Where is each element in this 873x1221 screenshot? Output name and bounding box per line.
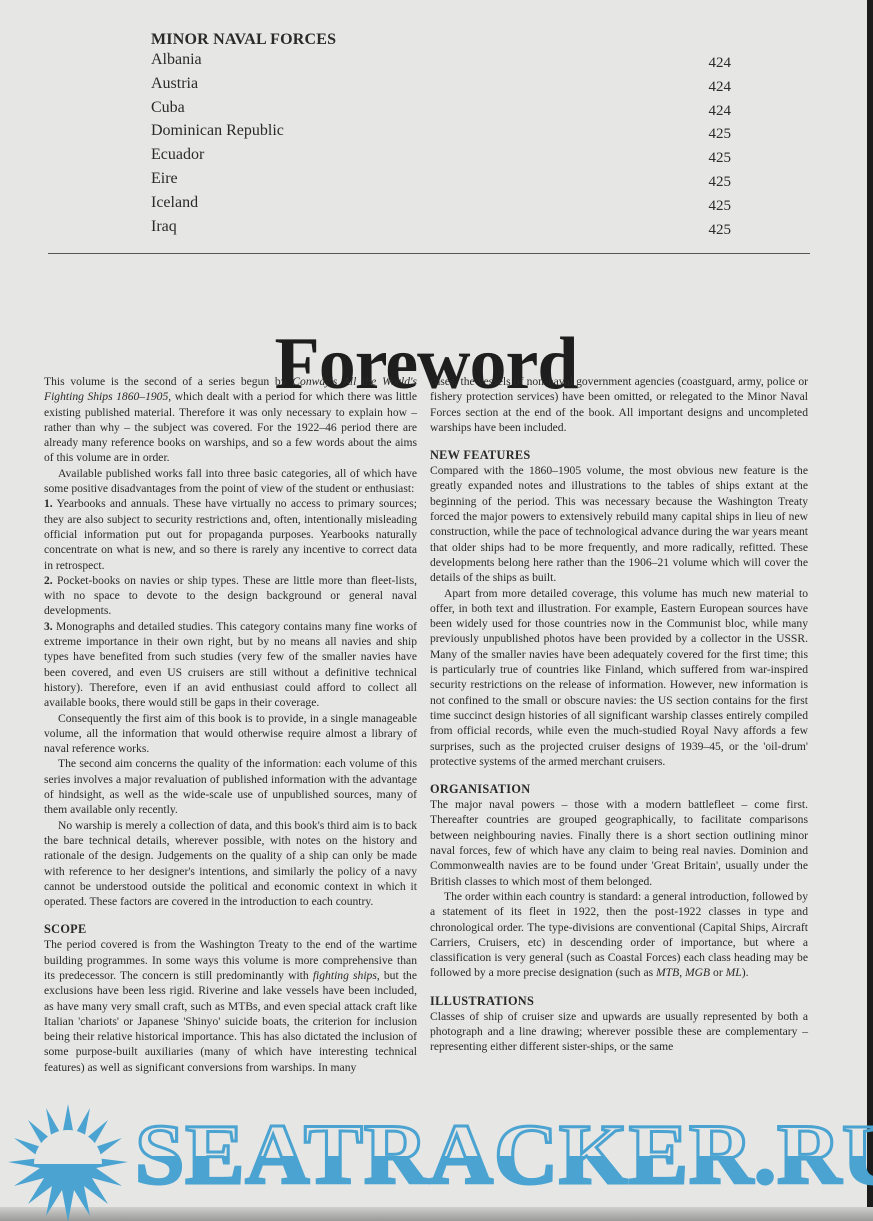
- contents-entry[interactable]: Ecuador425: [151, 145, 731, 169]
- entry-page: 424: [709, 98, 732, 122]
- paragraph: Consequently the first aim of this book …: [44, 711, 417, 757]
- contents-entry[interactable]: Iraq425: [151, 217, 731, 241]
- left-column: This volume is the second of a series be…: [44, 374, 417, 1075]
- paragraph: The order within each country is standar…: [430, 889, 808, 981]
- paragraph: No warship is merely a collection of dat…: [44, 818, 417, 910]
- contents-entry[interactable]: Eire425: [151, 169, 731, 193]
- list-item: 3. Monographs and detailed studies. This…: [44, 619, 417, 711]
- right-column: cases, the vessels of non-naval governme…: [430, 374, 808, 1055]
- section-heading-scope: SCOPE: [44, 922, 417, 937]
- paragraph: The period covered is from the Washingto…: [44, 937, 417, 1075]
- page-bottom-shadow: [0, 1207, 873, 1221]
- contents-entry[interactable]: Albania424: [151, 50, 731, 74]
- section-heading-organisation: ORGANISATION: [430, 782, 808, 797]
- entry-page: 424: [709, 74, 732, 98]
- paragraph: cases, the vessels of non-naval governme…: [430, 374, 808, 435]
- paragraph: Apart from more detailed coverage, this …: [430, 586, 808, 770]
- list-item: 2. Pocket-books on navies or ship types.…: [44, 573, 417, 619]
- section-heading-illustrations: ILLUSTRATIONS: [430, 994, 808, 1009]
- paragraph: Classes of ship of cruiser size and upwa…: [430, 1009, 808, 1055]
- entry-page: 425: [709, 193, 732, 217]
- entry-name: Ecuador: [151, 145, 204, 169]
- entry-page: 424: [709, 50, 732, 74]
- entry-name: Cuba: [151, 98, 185, 122]
- entry-name: Albania: [151, 50, 202, 74]
- entry-name: Iraq: [151, 217, 177, 241]
- contents-list: MINOR NAVAL FORCES Albania424 Austria424…: [151, 30, 731, 240]
- entry-name: Austria: [151, 74, 198, 98]
- contents-heading: MINOR NAVAL FORCES: [151, 30, 731, 50]
- paragraph: Available published works fall into thre…: [44, 466, 417, 497]
- contents-entry[interactable]: Iceland425: [151, 193, 731, 217]
- entry-page: 425: [709, 121, 732, 145]
- paragraph: The major naval powers – those with a mo…: [430, 797, 808, 889]
- entry-name: Dominican Republic: [151, 121, 284, 145]
- list-item: 1. Yearbooks and annuals. These have vir…: [44, 496, 417, 572]
- horizontal-divider: [48, 253, 810, 254]
- entry-page: 425: [709, 145, 732, 169]
- entry-page: 425: [709, 169, 732, 193]
- paragraph: Compared with the 1860–1905 volume, the …: [430, 463, 808, 585]
- paragraph: This volume is the second of a series be…: [44, 374, 417, 466]
- section-heading-new-features: NEW FEATURES: [430, 448, 808, 463]
- contents-entry[interactable]: Dominican Republic425: [151, 121, 731, 145]
- page-edge-shadow: [867, 0, 873, 1221]
- contents-entry[interactable]: Cuba424: [151, 98, 731, 122]
- paragraph: The second aim concerns the quality of t…: [44, 756, 417, 817]
- contents-entry[interactable]: Austria424: [151, 74, 731, 98]
- entry-name: Eire: [151, 169, 178, 193]
- entry-page: 425: [709, 217, 732, 241]
- entry-name: Iceland: [151, 193, 198, 217]
